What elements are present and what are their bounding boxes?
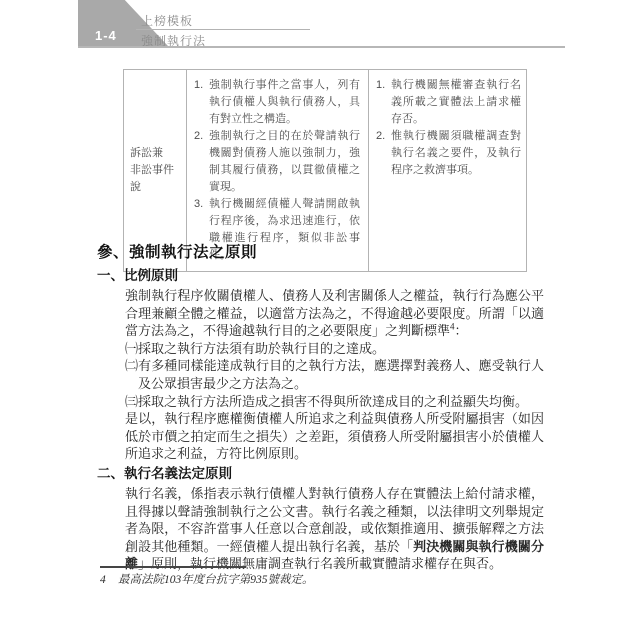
- footnote-text-line: 4最高法院103年度台抗字第935號裁定。: [100, 573, 560, 588]
- nature-comparison-table: 訴訟兼 非訟事件說 1. 強制執行事件之當事人，列有執行債權人與執行債務人，具有…: [123, 69, 527, 272]
- table-cell-nature: 1. 強制執行事件之當事人，列有執行債權人與執行債務人，具有對立性之構造。 2.…: [186, 70, 368, 271]
- item-text: 有多種同樣能達成執行目的之執行方法，應選擇對義務人、應受執行人及公眾損害最少之方…: [138, 358, 544, 391]
- criterion-item-3: ㈢採取之執行方法所造成之損害不得與所欲達成目的之利益顯失均衡。: [125, 393, 544, 411]
- footnote-text: 最高法院103年度台抗字第935號裁定。: [118, 574, 314, 586]
- footnote-rule: [100, 566, 246, 568]
- item-number: 1.: [376, 77, 391, 128]
- item-text: 強制執行事件之當事人，列有執行債權人與執行債務人，具有對立性之構造。: [209, 77, 360, 128]
- footnote-number: 4: [100, 573, 118, 588]
- series-title: 上榜模板: [141, 12, 193, 29]
- subsection-title-proportionality: 一、比例原則: [97, 267, 544, 285]
- paragraph-text: 強制執行程序攸關債權人、債務人及利害關係人之權益，執行行為應公平合理兼顧全體之權…: [125, 288, 544, 338]
- paragraph-proportionality-conclusion: 是以，執行程序應權衡債權人所追求之利益與債務人所受附屬損害（如因低於市價之拍定而…: [125, 410, 544, 463]
- table-item: 2. 惟執行機關須職權調查對執行名義之要件，及執行程序之救濟事項。: [376, 128, 521, 179]
- table-cell-review: 1. 執行機關無權審查執行名義所載之實體法上請求權存否。 2. 惟執行機關須職權…: [368, 70, 528, 271]
- row-header-line-2: 非訟事件說: [130, 162, 182, 196]
- table-item: 1. 強制執行事件之當事人，列有執行債權人與執行債務人，具有對立性之構造。: [194, 77, 360, 128]
- item-text: 惟執行機關須職權調查對執行名義之要件，及執行程序之救濟事項。: [391, 128, 521, 179]
- paragraph-colon: ：: [455, 323, 468, 338]
- item-number: 1.: [194, 77, 209, 128]
- item-marker: ㈢: [125, 394, 138, 409]
- row-header-line-1: 訴訟兼: [130, 145, 182, 162]
- table-item: 2. 強制執行之目的在於聲請執行機關對債務人施以強制力，強制其履行債務，以貫徹債…: [194, 128, 360, 196]
- item-text: 強制執行之目的在於聲請執行機關對債務人施以強制力，強制其履行債務，以貫徹債權之實…: [209, 128, 360, 196]
- book-page: 1-4 上榜模板 強制執行法 訴訟兼 非訟事件說 1. 強制執行事件之當事人，列…: [0, 0, 640, 640]
- item-number: 2.: [194, 128, 209, 196]
- subsection-title-statutory-title: 二、執行名義法定原則: [97, 465, 544, 483]
- header-rule: [78, 46, 565, 48]
- header-thin-divider: [136, 29, 310, 30]
- item-text: 採取之執行方法所造成之損害不得與所欲達成目的之利益顯失均衡。: [138, 394, 528, 409]
- page-number: 1-4: [95, 28, 117, 43]
- item-number: 2.: [376, 128, 391, 179]
- item-marker: ㈠: [125, 341, 138, 356]
- paragraph-statutory-title: 執行名義，係指表示執行債權人對執行債務人存在實體法上給付請求權，且得據以聲請強制…: [125, 485, 544, 573]
- table-item: 1. 執行機關無權審查執行名義所載之實體法上請求權存否。: [376, 77, 521, 128]
- footnote-block: 4最高法院103年度台抗字第935號裁定。: [100, 566, 560, 588]
- item-text: 採取之執行方法須有助於執行目的之達成。: [138, 341, 385, 356]
- paragraph-proportionality-intro: 強制執行程序攸關債權人、債務人及利害關係人之權益，執行行為應公平合理兼顧全體之權…: [125, 287, 544, 340]
- item-marker: ㈡: [125, 358, 138, 373]
- table-row-header: 訴訟兼 非訟事件說: [124, 70, 186, 271]
- section-content: 參、強制執行法之原則 一、比例原則 強制執行程序攸關債權人、債務人及利害關係人之…: [97, 243, 544, 573]
- section-title: 參、強制執行法之原則: [97, 243, 544, 262]
- item-text: 執行機關無權審查執行名義所載之實體法上請求權存否。: [391, 77, 521, 128]
- criterion-item-2: ㈡有多種同樣能達成執行目的之執行方法，應選擇對義務人、應受執行人及公眾損害最少之…: [125, 357, 544, 392]
- criterion-item-1: ㈠採取之執行方法須有助於執行目的之達成。: [125, 340, 544, 358]
